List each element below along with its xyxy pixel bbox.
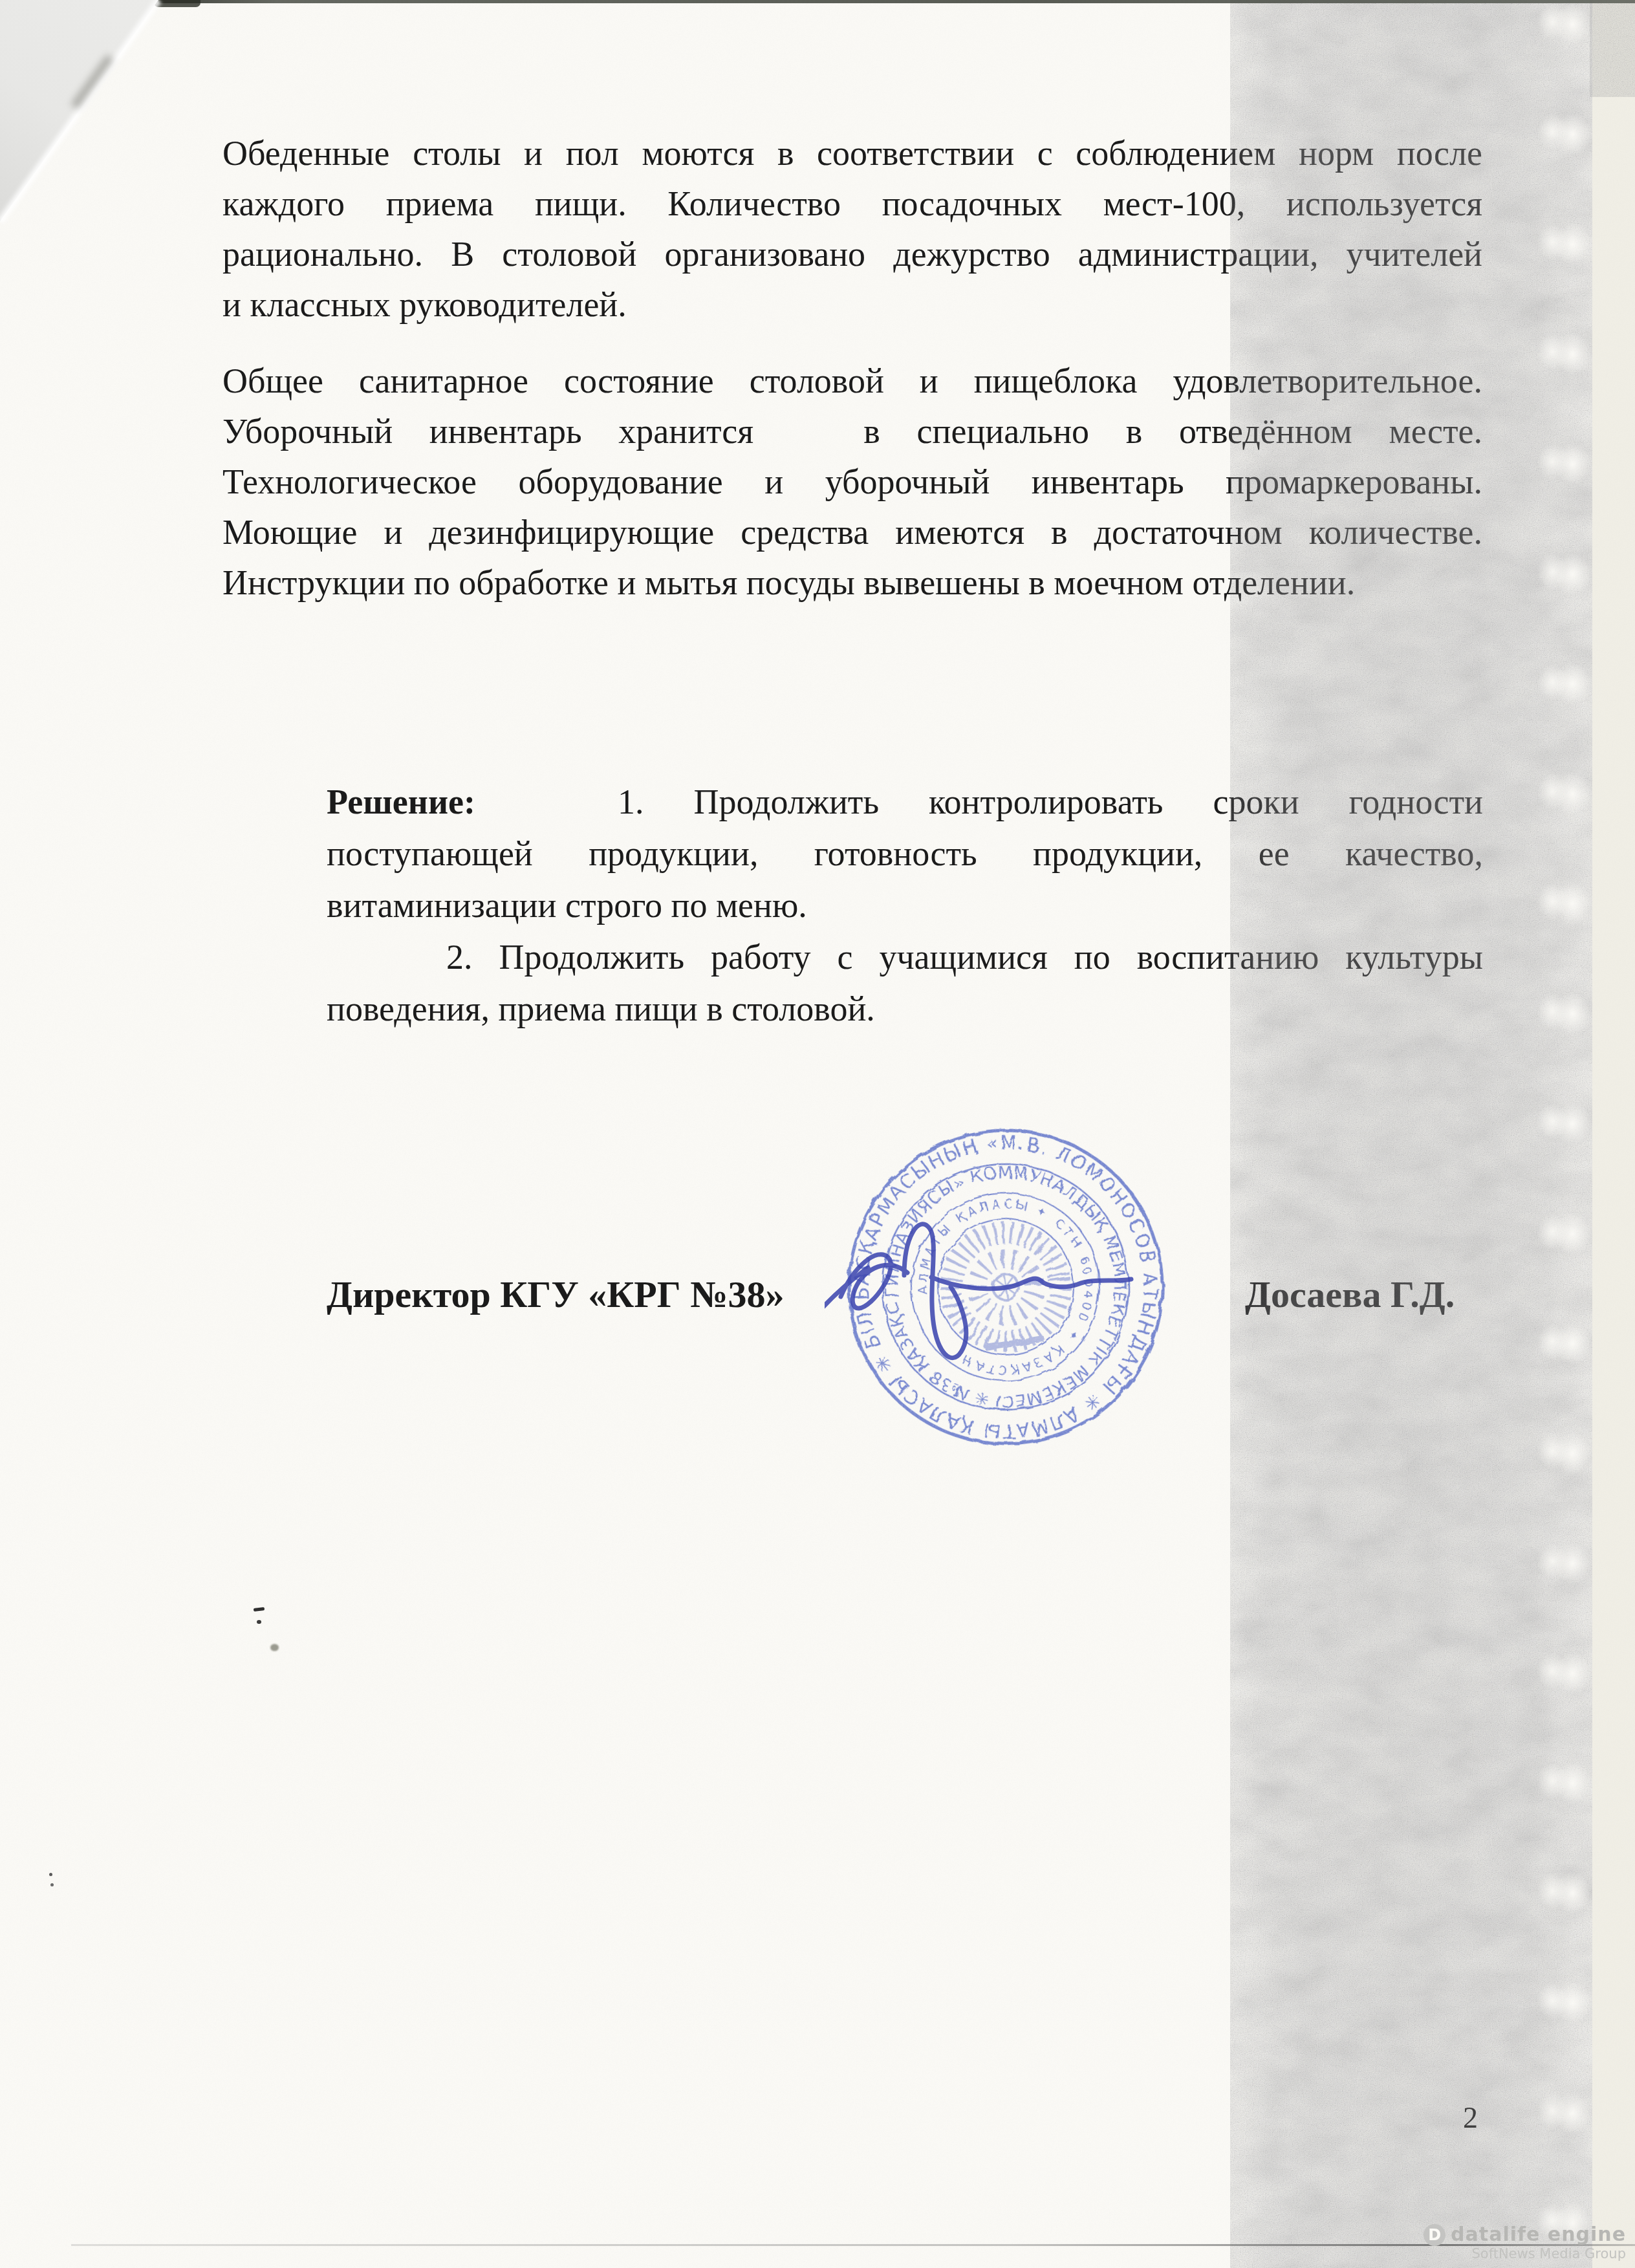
scan-top-edge-line xyxy=(158,0,1635,3)
watermark-title: DataLife Engine xyxy=(1451,2223,1626,2246)
scan-speck xyxy=(50,1883,54,1886)
director-title: Директор КГУ «КРГ №38» xyxy=(327,1273,784,1315)
official-stamp: БАСҚАРМАСЫНЫҢ «М.В. ЛОМОНОСОВ АТЫНДАҒЫ ✳… xyxy=(825,1103,1190,1472)
scan-speck xyxy=(49,1873,52,1876)
scanner-noise-top-right-corner xyxy=(1590,0,1635,97)
page-number: 2 xyxy=(1463,2101,1478,2135)
watermark-subtitle: SoftNews Media Group xyxy=(1424,2246,1626,2262)
scanned-document-page: Обеденные столы и пол моются в соответст… xyxy=(0,0,1635,2268)
scan-bottom-edge-line xyxy=(71,2244,1635,2246)
datalife-engine-watermark: D DataLife Engine SoftNews Media Group xyxy=(1424,2223,1626,2262)
noise-strip-scalloped-edge xyxy=(1512,0,1596,2268)
decision-label: Решение: xyxy=(327,776,475,828)
scan-speck xyxy=(270,1644,279,1651)
scan-speck xyxy=(257,1620,261,1624)
datalife-logo-icon: D xyxy=(1424,2224,1446,2246)
